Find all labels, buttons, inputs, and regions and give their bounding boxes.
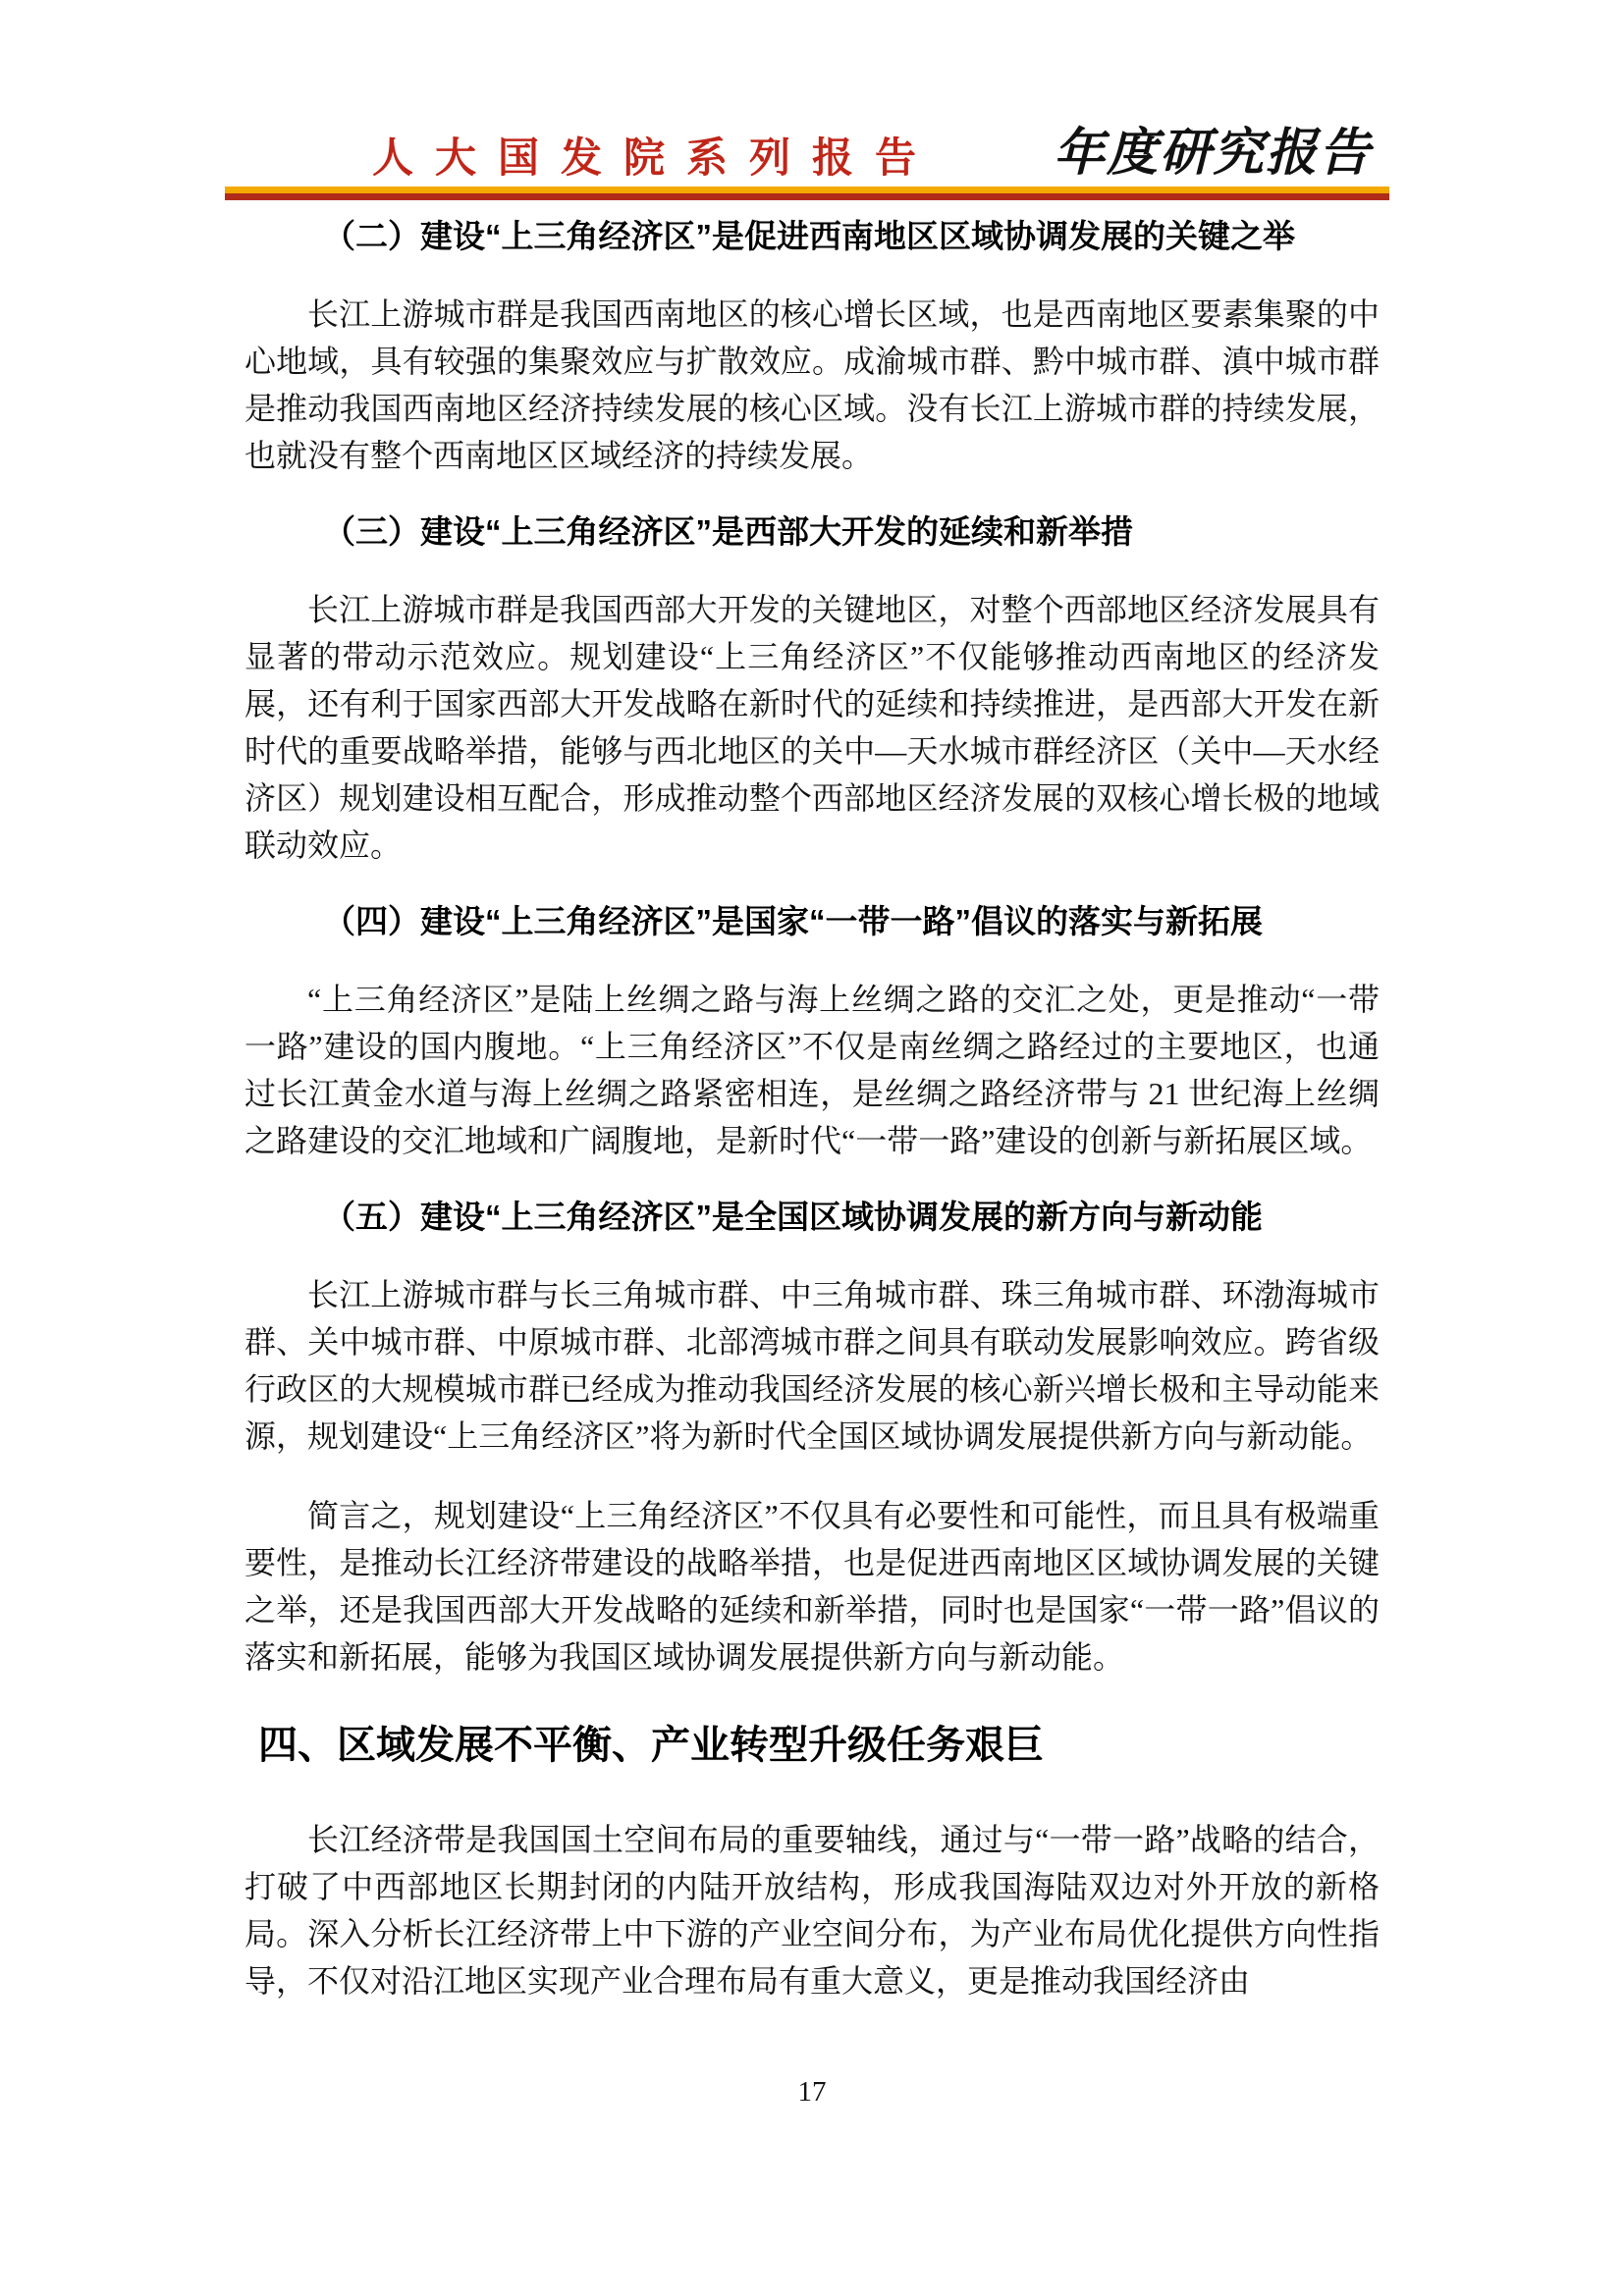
- paragraph: 长江上游城市群是我国西南地区的核心增长区域，也是西南地区要素集聚的中心地域，具有…: [244, 291, 1380, 479]
- document-page: 人大国发院系列报告 年度研究报告 （二）建设“上三角经济区”是促进西南地区区域协…: [0, 0, 1624, 2296]
- section-heading-4: （四）建设“上三角经济区”是国家“一带一路”倡议的落实与新拓展: [244, 900, 1380, 943]
- paragraph: 简言之，规划建设“上三角经济区”不仅具有必要性和可能性，而且具有极端重要性，是推…: [244, 1492, 1380, 1681]
- paragraph: 长江上游城市群是我国西部大开发的关键地区，对整个西部地区经济发展具有显著的带动示…: [244, 586, 1380, 869]
- chapter-heading-four: 四、区域发展不平衡、产业转型升级任务艰巨: [244, 1720, 1380, 1771]
- report-header: 人大国发院系列报告 年度研究报告: [225, 0, 1389, 200]
- page-number: 17: [244, 2075, 1380, 2109]
- document-body: （二）建设“上三角经济区”是促进西南地区区域协调发展的关键之举 长江上游城市群是…: [244, 215, 1380, 2109]
- header-rule: [225, 187, 1389, 200]
- header-rule-gold-stripe: [225, 187, 1389, 193]
- paragraph: “上三角经济区”是陆上丝绸之路与海上丝绸之路的交汇之处，更是推动“一带一路”建设…: [244, 976, 1380, 1164]
- header-title-row: 人大国发院系列报告 年度研究报告: [225, 126, 1389, 187]
- header-rule-red-stripe: [225, 193, 1389, 200]
- paragraph: 长江上游城市群与长三角城市群、中三角城市群、珠三角城市群、环渤海城市群、关中城市…: [244, 1271, 1380, 1460]
- series-title: 人大国发院系列报告: [372, 135, 938, 181]
- section-heading-2: （二）建设“上三角经济区”是促进西南地区区域协调发展的关键之举: [244, 215, 1380, 258]
- paragraph: 长江经济带是我国国土空间布局的重要轴线，通过与“一带一路”战略的结合，打破了中西…: [244, 1816, 1380, 2004]
- calligraphy-title: 年度研究报告: [1054, 126, 1372, 181]
- section-heading-5: （五）建设“上三角经济区”是全国区域协调发展的新方向与新动能: [244, 1196, 1380, 1239]
- section-heading-3: （三）建设“上三角经济区”是西部大开发的延续和新举措: [244, 510, 1380, 554]
